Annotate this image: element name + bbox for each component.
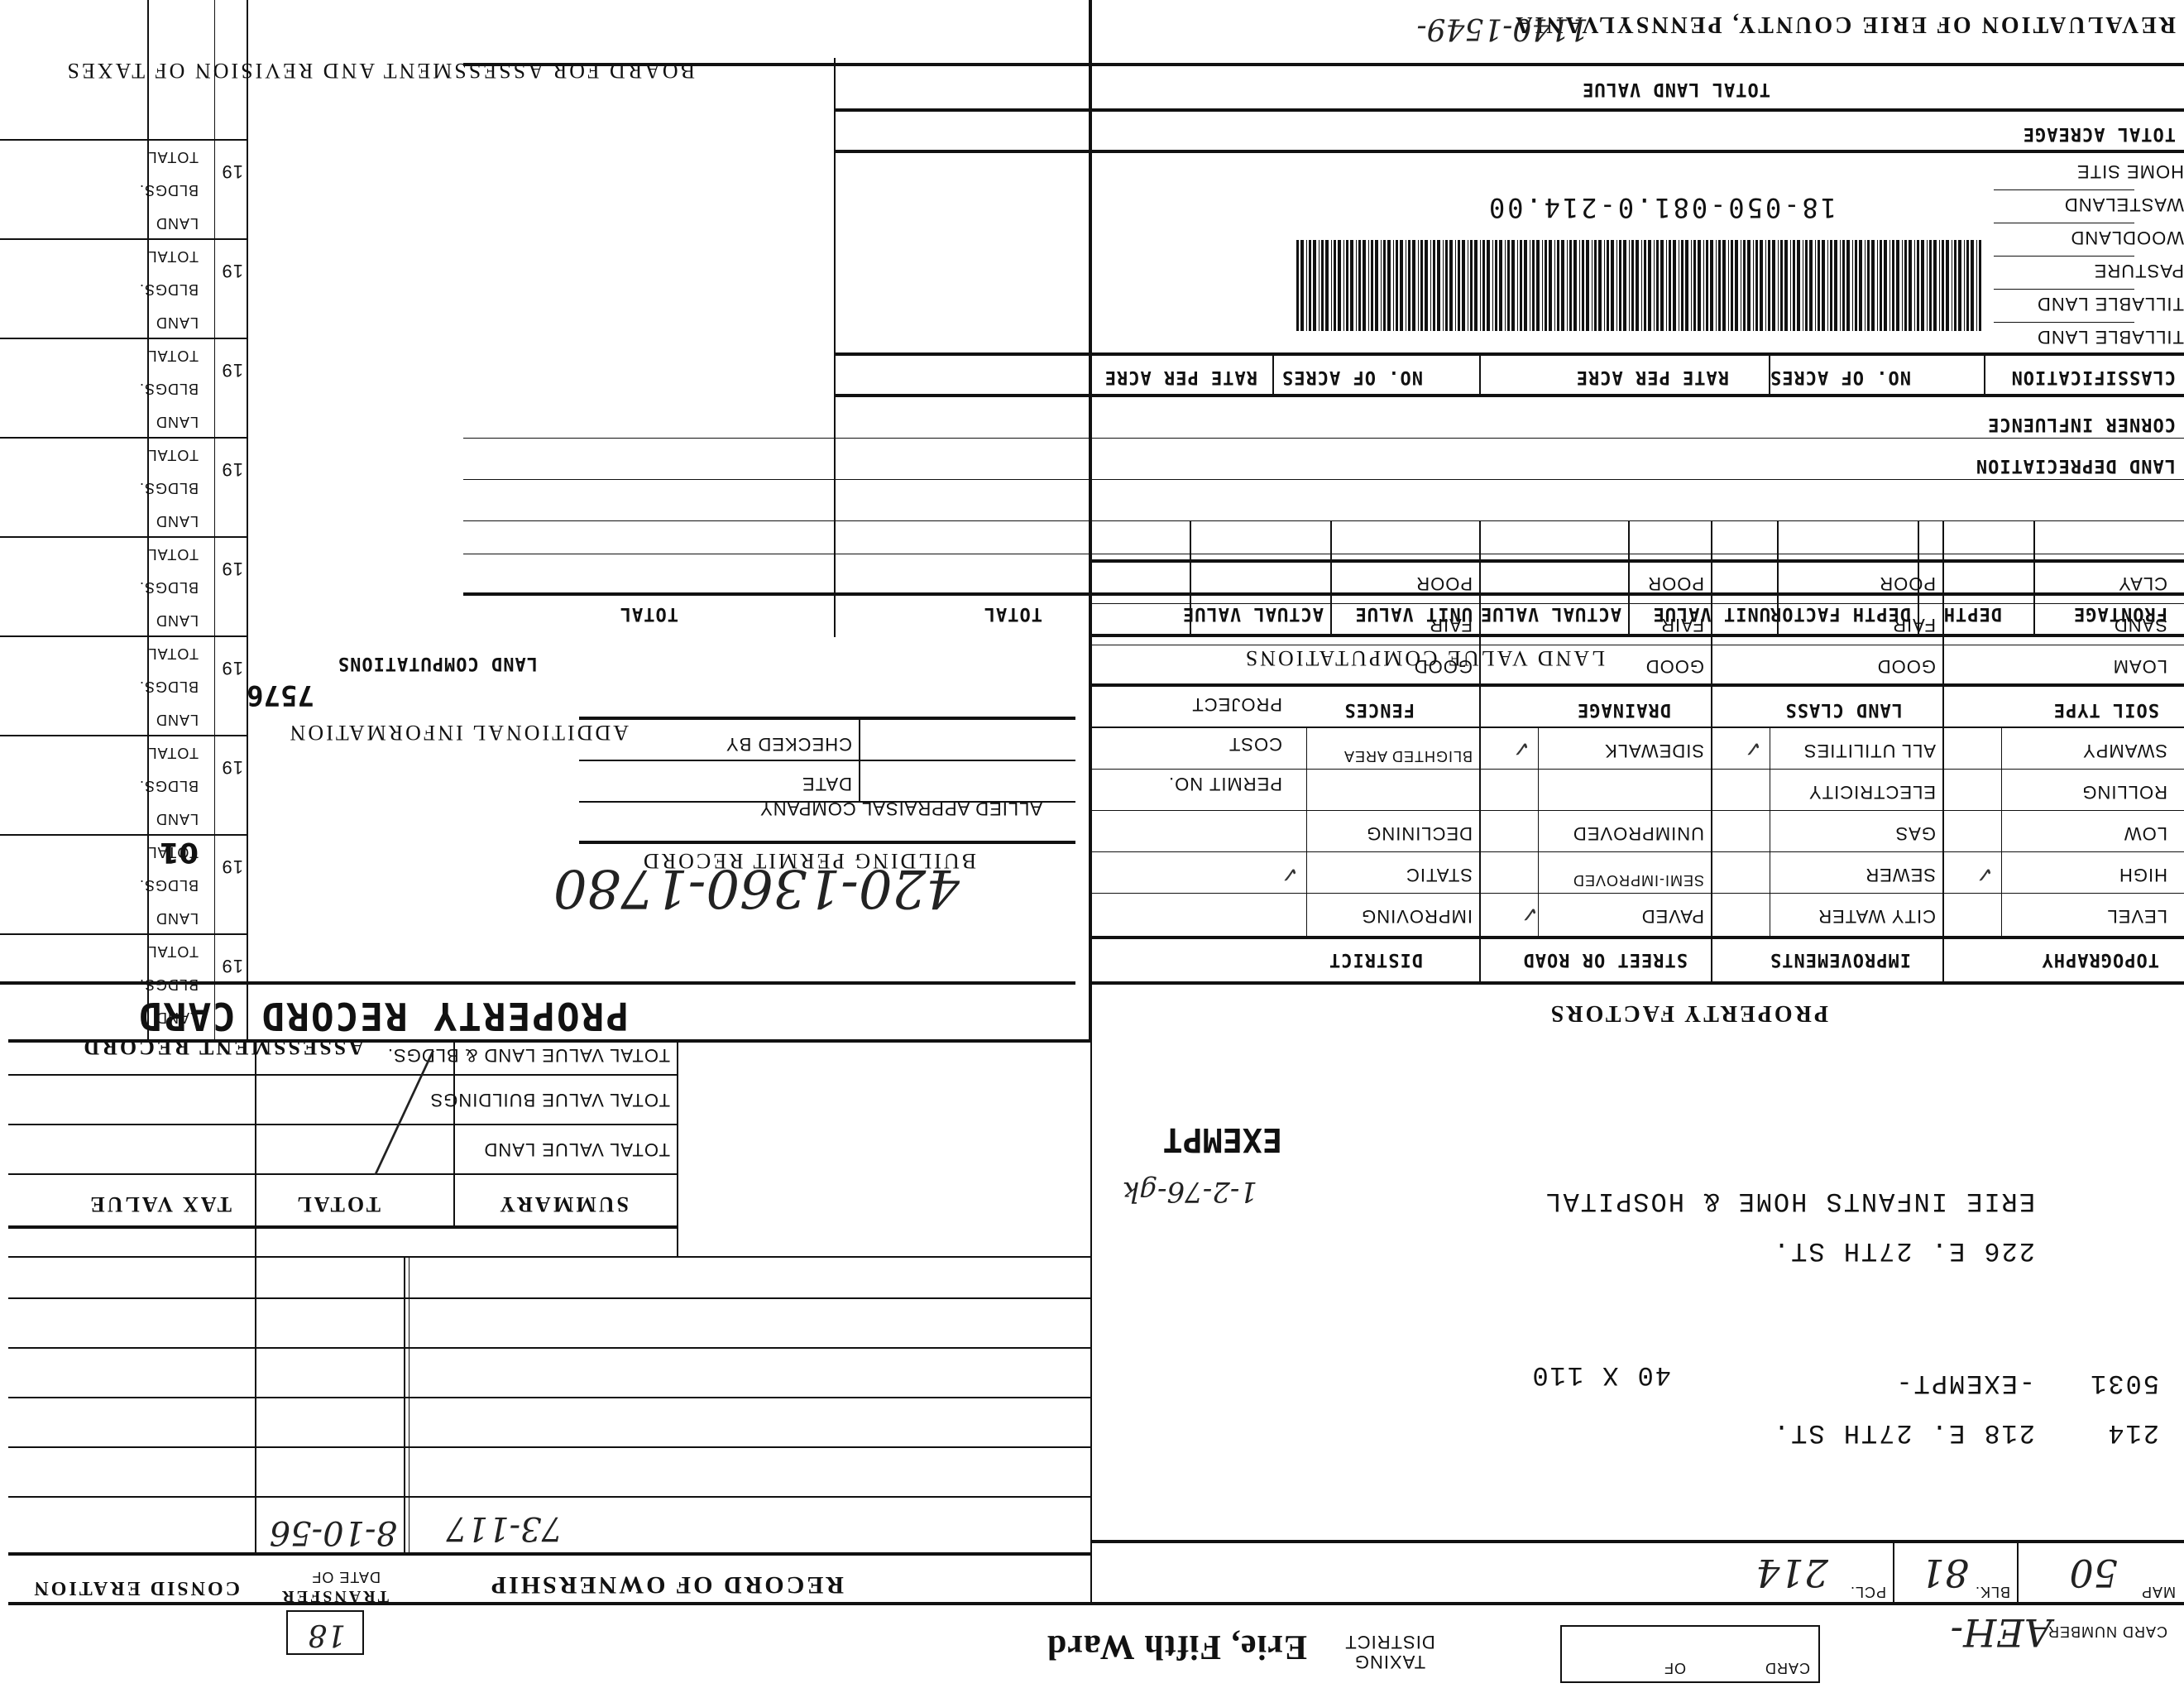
number-box: 18	[286, 1610, 364, 1655]
check-sidewalk[interactable]: ✓	[1512, 736, 1530, 761]
corner-influence-label: CORNER INFLUENCE	[1987, 414, 2176, 434]
assessment-group-8-year: 19	[222, 260, 243, 281]
owner-line2-a: 214	[2106, 1417, 2159, 1448]
pcl-label: PCL.	[1850, 1583, 1886, 1600]
soil-type-header: SOIL TYPE	[2053, 699, 2159, 720]
street-paved: PAVED	[1641, 905, 1704, 927]
street-header: STREET OR ROAD	[1523, 949, 1688, 970]
assessment-group-8-total: TOTAL	[148, 247, 199, 265]
assessment-group-2-bldgs: BLDGS.	[139, 876, 199, 894]
ownership-row-1-date[interactable]: 8-10-56	[270, 1513, 397, 1551]
district-declining: DECLINING	[1366, 822, 1473, 844]
revaluation-title: REVALUATION OF ERIE COUNTY, PENNSYLVANIA	[1513, 11, 2176, 37]
drainage-good: GOOD	[1645, 655, 1704, 677]
col-depth-factor: DEPTH FACTOR	[1770, 603, 1911, 624]
summary-row-land: TOTAL VALUE LAND	[484, 1139, 670, 1160]
ownership-row-1-owner[interactable]: 73-117	[446, 1509, 563, 1547]
handwritten-reference: 1140-1549-	[1416, 12, 1588, 46]
assessment-group-7-land: LAND	[156, 413, 199, 430]
owner-address: 226 E. 27TH ST.	[1772, 1235, 2035, 1266]
assessment-group-4-year: 19	[222, 657, 243, 679]
summary-row-buildings: TOTAL VALUE BUILDINGS	[430, 1089, 670, 1110]
permit-project-label: PROJECT	[1191, 693, 1282, 715]
assessment-group-2-land: LAND	[156, 909, 199, 927]
col-actual-value-1: ACTUAL VALUE	[1480, 603, 1621, 624]
of-label: OF	[1664, 1659, 1686, 1676]
lot-size: 40 X 110	[1530, 1360, 1671, 1390]
parcel-id: 18-050-081.0-214.00	[1487, 192, 1837, 223]
class-wasteland: WASTELAND	[2064, 194, 2184, 215]
check-high[interactable]: ✓	[1976, 861, 1994, 887]
rate-per-acre-1: RATE PER ACRE	[1576, 367, 1729, 387]
assessment-group-5-land: LAND	[156, 611, 199, 629]
assessment-group-8-bldgs: BLDGS.	[139, 281, 199, 298]
fences-poor: POOR	[1415, 573, 1473, 594]
assessment-group-7-total: TOTAL	[148, 347, 199, 364]
assessment-group-3-land: LAND	[156, 810, 199, 827]
pcl-value[interactable]: 214	[1755, 1551, 1828, 1595]
assessment-group-7-bldgs: BLDGS.	[139, 380, 199, 397]
card-label: CARD	[1765, 1659, 1810, 1676]
parcel-barcode	[1295, 240, 1981, 331]
class-pasture: PASTURE	[2094, 260, 2184, 281]
check-static[interactable]: ✓	[1281, 861, 1299, 887]
col-total-2: TOTAL	[620, 603, 678, 624]
exempt-note: 1-2-76-gk	[1123, 1175, 1257, 1208]
drainage-poor: POOR	[1647, 573, 1704, 594]
col-actual-value-2: ACTUAL VALUE	[1182, 603, 1324, 624]
total-acreage-label: TOTAL ACREAGE	[2023, 123, 2176, 144]
summary-col-tax-value: TAX VALUE	[88, 1192, 232, 1216]
topography-level: LEVEL	[2107, 905, 2168, 927]
blk-label: BLK.	[1975, 1583, 2010, 1600]
land-class-poor: POOR	[1879, 573, 1936, 594]
assessment-record-title: ASSESSMENT RECORD	[81, 1034, 364, 1059]
assessment-group-4-total: TOTAL	[148, 645, 199, 662]
taxing-district-label: TAXING DISTRICT	[1332, 1632, 1448, 1671]
card-number-value: AEH-	[1951, 1610, 2052, 1655]
transfer-col-header: TRANSFER	[280, 1586, 389, 1605]
permit-date-label: DATE	[802, 773, 852, 794]
drainage-header: DRAINAGE	[1577, 699, 1671, 720]
class-woodland: WOODLAND	[2070, 227, 2184, 248]
consideration-col-header: CONSID ERATION	[31, 1576, 240, 1599]
number-box-value: 18	[308, 1618, 346, 1652]
land-class-good: GOOD	[1877, 655, 1936, 677]
date-of-label: DATE OF	[311, 1568, 381, 1585]
assessment-group-4-bldgs: BLDGS.	[139, 678, 199, 695]
rate-per-acre-2: RATE PER ACRE	[1104, 367, 1257, 387]
soil-clay: CLAY	[2118, 573, 2167, 594]
assessment-group-1-bldgs: BLDGS.	[139, 976, 199, 993]
street-semi-improved: SEMI-IMPROVED	[1573, 871, 1704, 889]
assessment-group-1-year: 19	[222, 955, 243, 976]
topography-high: HIGH	[2119, 864, 2167, 885]
improvement-city-water: CITY WATER	[1818, 905, 1936, 927]
map-label: MAP	[2141, 1583, 2176, 1600]
topography-header: TOPOGRAPHY	[2042, 949, 2159, 970]
no-of-acres-2: NO. OF ACRES	[1281, 367, 1423, 387]
summary-col-total: TOTAL	[295, 1192, 381, 1216]
improvement-all-utilities: ALL UTILITIES	[1803, 740, 1936, 761]
district-static: STATIC	[1406, 864, 1473, 885]
assessment-group-9-land: LAND	[156, 214, 199, 232]
district-improving: IMPROVING	[1361, 905, 1473, 927]
property-address: 218 E. 27TH ST.	[1772, 1417, 2035, 1448]
soil-loam: LOAM	[2113, 655, 2167, 677]
permit-record-title: BUILDING PERMIT RECORD	[641, 848, 976, 873]
topography-low: LOW	[2124, 822, 2167, 844]
record-card-title: PROPERTY RECORD CARD	[137, 994, 629, 1038]
improvement-electricity: ELECTRICITY	[1808, 781, 1936, 803]
summary-title: SUMMARY	[497, 1192, 629, 1216]
street-sidewalk: SIDEWALK	[1604, 740, 1704, 761]
assessment-group-5-year: 19	[222, 558, 243, 579]
improvements-header: IMPROVEMENTS	[1770, 949, 1911, 970]
land-class-header: LAND CLASS	[1785, 699, 1903, 720]
property-factors-title: PROPERTY FACTORS	[1549, 1000, 1828, 1026]
assessment-group-6-total: TOTAL	[148, 446, 199, 463]
total-land-value-label: TOTAL LAND VALUE	[1582, 79, 1770, 99]
check-all-utilities[interactable]: ✓	[1744, 736, 1762, 761]
assessment-group-9-bldgs: BLDGS.	[139, 181, 199, 199]
assessment-group-2-year: 19	[222, 856, 243, 877]
assessment-group-5-bldgs: BLDGS.	[139, 578, 199, 596]
fences-header: FENCES	[1344, 699, 1415, 720]
class-tillable-2: TILLABLE LAND	[2037, 293, 2184, 314]
board-title: BOARD FOR ASSESSMENT AND REVISION OF TAX…	[65, 58, 695, 83]
assessment-group-1-land: LAND	[156, 1009, 199, 1026]
check-paved[interactable]: ✓	[1521, 901, 1539, 927]
assessment-group-3-total: TOTAL	[148, 744, 199, 761]
assessment-group-6-bldgs: BLDGS.	[139, 479, 199, 496]
assessment-group-1-total: TOTAL	[148, 942, 199, 960]
assessment-group-5-total: TOTAL	[148, 545, 199, 563]
assessment-group-3-bldgs: BLDGS.	[139, 777, 199, 794]
col-unit-value-2: UNIT VALUE	[1355, 603, 1473, 624]
side-number: 7576	[247, 679, 314, 712]
permit-checked-by-label: CHECKED BY	[726, 733, 852, 755]
class-tillable-1: TILLABLE LAND	[2037, 326, 2184, 348]
topography-swampy: SWAMPY	[2082, 740, 2167, 761]
assessment-group-8-land: LAND	[156, 314, 199, 331]
ownership-title: RECORD OF OWNERSHIP	[489, 1571, 844, 1599]
assessment-group-7-year: 19	[222, 359, 243, 381]
land-depreciation-label: LAND DEPRECIATION	[1976, 455, 2176, 476]
permit-cost-label: COST	[1228, 733, 1282, 755]
district-header: DISTRICT	[1329, 949, 1423, 970]
col-depth: DEPTH	[1943, 603, 2002, 624]
no-of-acres-1: NO. OF ACRES	[1770, 367, 1911, 387]
col-total-1: TOTAL	[984, 603, 1042, 624]
assessment-group-2-total: TOTAL	[148, 843, 199, 861]
col-unit-value-1: UNIT VALUE	[1653, 603, 1770, 624]
taxing-district-value: Erie, Fifth Ward	[1046, 1627, 1307, 1666]
assessment-group-6-year: 19	[222, 458, 243, 480]
additional-info-title: ADDITIONAL INFORMATION	[288, 720, 629, 745]
blk-value[interactable]: 81	[1920, 1551, 1969, 1595]
improvement-sewer: SEWER	[1865, 864, 1936, 885]
assessment-group-9-year: 19	[222, 161, 243, 182]
property-record-card: CARD NUMBER AEH- MAP 50 BLK. 81 PCL. 214…	[0, 0, 2184, 1688]
classification-label: CLASSIFICATION	[2011, 367, 2176, 387]
assessment-group-9-total: TOTAL	[148, 148, 199, 165]
district-blighted-area: BLIGHTED AREA	[1343, 747, 1473, 765]
card-number-label: CARD NUMBER	[2047, 1623, 2167, 1640]
owner-line1-b: -EXEMPT-	[1894, 1368, 2035, 1398]
owner-name: ERIE INFANTS HOME & HOSPITAL	[1544, 1186, 2035, 1216]
topography-rolling: ROLLING	[2081, 781, 2167, 803]
col-frontage: FRONTAGE	[2073, 603, 2167, 624]
improvement-gas: GAS	[1895, 822, 1936, 844]
assessment-group-6-land: LAND	[156, 512, 199, 530]
permit-no-label: PERMIT NO.	[1168, 773, 1282, 794]
class-home-site: HOME SITE	[2076, 161, 2184, 182]
card-of-box[interactable]: CARD OF	[1560, 1625, 1820, 1683]
land-value-title: LAND VALUE COMPUTATIONS	[1243, 645, 1605, 670]
map-value[interactable]: 50	[2069, 1551, 2118, 1595]
summary-slash-mark	[275, 1051, 434, 1175]
owner-line1-a: 5031	[2089, 1368, 2159, 1398]
street-unimproved: UNIMPROVED	[1573, 822, 1704, 844]
land-computations-title: LAND COMPUTATIONS	[338, 653, 538, 674]
assessment-group-3-year: 19	[222, 756, 243, 778]
exempt-stamp: EXEMPT	[1163, 1120, 1283, 1158]
assessment-group-4-land: LAND	[156, 711, 199, 728]
